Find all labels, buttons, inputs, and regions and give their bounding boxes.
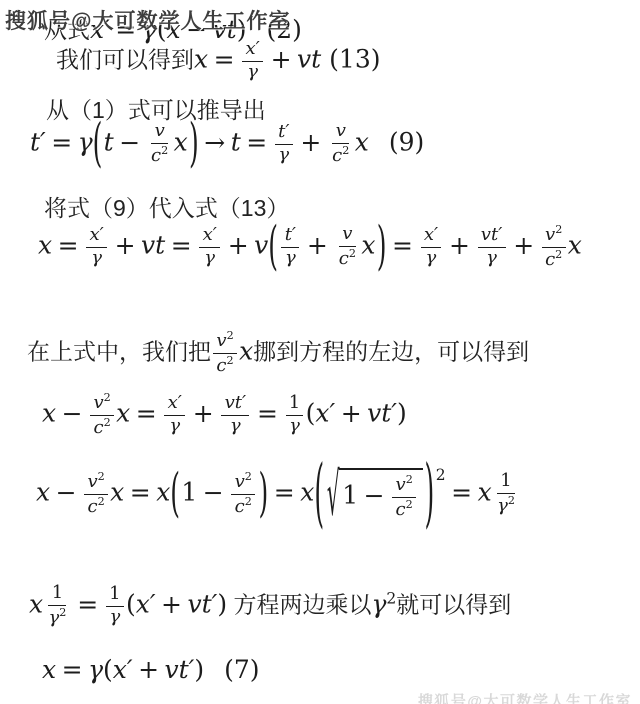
fraction-numerator: v2 xyxy=(90,392,114,416)
math-variable: v xyxy=(342,223,352,244)
math-variable: x′ xyxy=(315,399,335,428)
math-operator: = xyxy=(62,655,83,684)
math-roman: ) xyxy=(217,590,227,619)
fraction-denominator: γ xyxy=(483,248,500,269)
math-fraction: x′γ xyxy=(421,226,442,268)
math-variable: γ xyxy=(109,606,120,627)
math-superscript: 2 xyxy=(406,473,413,486)
math-operator: + xyxy=(161,590,182,619)
radicand: 1−v2c2 xyxy=(339,468,423,520)
math-fraction: v2c2 xyxy=(542,224,566,270)
fraction-numerator: t′ xyxy=(281,226,299,248)
watermark-top: 搜狐号@大可数学人生工作室 xyxy=(5,5,290,35)
fraction-numerator: vt′ xyxy=(221,394,249,416)
math-operator: = xyxy=(214,45,235,74)
math-variable: γ xyxy=(88,655,103,684)
fraction-numerator: vt′ xyxy=(478,226,506,248)
fraction-numerator: 1 xyxy=(497,472,515,494)
math-fraction: 1γ xyxy=(106,585,124,627)
math-superscript: 2 xyxy=(161,144,168,157)
math-variable: v xyxy=(155,120,165,141)
math-variable: γ xyxy=(247,61,258,82)
fraction-denominator: c2 xyxy=(148,144,172,167)
math-roman: 1 xyxy=(181,478,197,507)
fraction-denominator: γ xyxy=(244,62,261,83)
math-variable: x′ xyxy=(245,38,259,59)
math-fraction: vc2 xyxy=(148,122,172,166)
fraction-denominator: γ2 xyxy=(494,494,518,517)
math-variable: γ xyxy=(91,247,102,268)
math-variable: x′ xyxy=(113,655,133,684)
math-fraction: 1γ2 xyxy=(494,472,518,516)
formula-line-expansion: x=x′γ+vt=x′γ+v(t′γ+vc2x)=x′γ+vt′γ+v2c2x xyxy=(38,224,582,270)
fraction-numerator: 1 xyxy=(48,584,66,606)
math-superscript: 2 xyxy=(555,248,562,261)
math-variable: t′ xyxy=(30,128,46,157)
math-operator: = xyxy=(451,478,472,507)
math-variable: t xyxy=(104,128,114,157)
math-variable: γ xyxy=(426,247,437,268)
math-variable: γ xyxy=(289,415,300,436)
fraction-denominator: γ xyxy=(201,248,218,269)
math-superscript: 2 xyxy=(508,494,515,507)
paren-content: t−vc2x xyxy=(102,122,189,166)
fraction-numerator: x′ xyxy=(199,226,220,248)
close-paren: ) xyxy=(189,117,199,172)
math-variable: v xyxy=(336,120,346,141)
math-variable: c xyxy=(93,417,103,438)
text-run: 在上式中，我们把 xyxy=(27,339,211,365)
math-roman: 1 xyxy=(52,582,63,603)
math-fraction: vt′γ xyxy=(221,394,249,436)
text-run: 就可以得到 xyxy=(396,592,511,618)
text-run: 我们可以得到 xyxy=(56,47,194,73)
math-operator: = xyxy=(246,128,267,157)
text-run: 挪到方程的左边，可以得到 xyxy=(253,339,529,365)
text-run: 方程两边乘以 xyxy=(227,592,371,618)
fraction-denominator: γ xyxy=(88,248,105,269)
fraction-numerator: v xyxy=(339,225,356,247)
math-operator: = xyxy=(171,231,192,260)
math-superscript: 2 xyxy=(104,391,111,404)
math-sqrt: √1−v2c2 xyxy=(325,468,423,520)
fraction-numerator: v xyxy=(151,122,168,144)
math-roman: (13) xyxy=(321,45,380,74)
math-variable: x xyxy=(478,478,492,507)
math-paren-group: (1−v2c2) xyxy=(170,471,268,517)
math-fraction: v2c2 xyxy=(231,471,255,517)
math-operator: + xyxy=(193,399,214,428)
math-variable: c xyxy=(332,145,342,166)
math-variable: c xyxy=(87,496,97,517)
math-superscript: 2 xyxy=(406,498,413,511)
math-superscript: 2 xyxy=(104,416,111,429)
math-operator: + xyxy=(513,231,534,260)
math-variable: c xyxy=(151,145,161,166)
fraction-numerator: t′ xyxy=(275,123,293,145)
math-variable: x xyxy=(38,231,52,260)
math-variable: x xyxy=(110,478,124,507)
fraction-numerator: v2 xyxy=(84,471,108,495)
math-roman: ) xyxy=(194,655,204,684)
math-roman: 1 xyxy=(109,583,120,604)
math-superscript: 2 xyxy=(245,495,252,508)
fraction-numerator: 1 xyxy=(106,585,124,607)
math-variable: vt′ xyxy=(225,392,247,413)
fraction-denominator: γ xyxy=(282,248,299,269)
math-operator: + xyxy=(228,231,249,260)
math-operator: = xyxy=(51,128,72,157)
math-variable: x′ xyxy=(89,224,103,245)
math-fraction: t′γ xyxy=(281,226,299,268)
math-operator: → xyxy=(204,128,225,157)
formula-line-eq9: t′=γ(t−vc2x)→t=t′γ+vc2x(9) xyxy=(30,122,424,166)
math-variable: x′ xyxy=(136,590,156,619)
math-superscript: 2 xyxy=(342,144,349,157)
math-roman: 1 xyxy=(500,470,511,491)
formula-line-collected: x−v2c2x=x′γ+vt′γ=1γ(x′+vt′) xyxy=(42,392,407,438)
math-variable: v xyxy=(396,474,406,495)
math-variable: x xyxy=(194,45,208,74)
fraction-denominator: γ xyxy=(106,607,123,628)
fraction-numerator: x′ xyxy=(242,40,263,62)
math-fraction: v2c2 xyxy=(392,474,416,520)
math-variable: γ xyxy=(169,415,180,436)
paren-content: 1−v2c2 xyxy=(180,471,258,517)
math-variable: γ xyxy=(49,607,60,628)
fraction-denominator: γ xyxy=(286,416,303,437)
math-variable: vt′ xyxy=(165,655,195,684)
math-operator: = xyxy=(130,478,151,507)
math-fraction: x′γ xyxy=(199,226,220,268)
math-roman: ( xyxy=(103,655,113,684)
open-paren: ( xyxy=(314,455,324,534)
math-operator: + xyxy=(341,399,362,428)
math-variable: γ xyxy=(204,247,215,268)
math-roman: (7) xyxy=(224,655,259,684)
math-variable: x xyxy=(355,128,369,157)
math-variable: c xyxy=(339,248,349,269)
math-variable: c xyxy=(235,496,245,517)
math-variable: x′ xyxy=(203,224,217,245)
paren-content: t′γ+vc2x xyxy=(278,225,377,269)
formula-line-gamma-squared: x−v2c2x=x(1−v2c2)=x(√1−v2c2)2=x1γ2 xyxy=(36,468,520,520)
math-operator: = xyxy=(58,231,79,260)
formula-line-eq13: 我们可以得到x=x′γ+vt (13) xyxy=(56,40,380,82)
math-operator: + xyxy=(271,45,292,74)
math-superscript: 2 xyxy=(227,354,234,367)
math-variable: x xyxy=(174,128,188,157)
math-variable: γ xyxy=(497,495,508,516)
math-variable: v xyxy=(254,231,268,260)
math-superscript: 2 xyxy=(59,606,66,619)
math-variable: c xyxy=(216,355,226,376)
math-superscript: 2 xyxy=(227,329,234,342)
math-variable: γ xyxy=(78,128,93,157)
math-variable: v xyxy=(545,224,555,245)
math-operator: − xyxy=(119,128,140,157)
math-fraction: 1γ2 xyxy=(45,584,69,628)
open-paren: ( xyxy=(93,117,103,172)
fraction-denominator: γ2 xyxy=(45,606,69,629)
math-variable: vt′ xyxy=(367,399,397,428)
math-variable: vt′ xyxy=(481,224,503,245)
math-variable: v xyxy=(87,471,97,492)
math-operator: = xyxy=(274,478,295,507)
math-fraction: 1γ xyxy=(286,394,304,436)
math-variable: t′ xyxy=(285,224,296,245)
fraction-numerator: v2 xyxy=(392,474,416,498)
fraction-numerator: v2 xyxy=(213,330,237,354)
math-fraction: v2c2 xyxy=(84,471,108,517)
math-operator: − xyxy=(364,481,385,510)
math-variable: γ xyxy=(285,247,296,268)
fraction-denominator: c2 xyxy=(336,247,360,270)
math-variable: γ xyxy=(371,590,386,619)
fraction-numerator: x′ xyxy=(421,226,442,248)
fraction-denominator: γ xyxy=(275,145,292,166)
math-variable: c xyxy=(396,499,406,520)
math-operator: = xyxy=(257,399,278,428)
math-variable: x xyxy=(361,231,375,260)
document-page: 搜狐号@大可数学人生工作室 从式x′=γ(x−vt)(2) 我们可以得到x=x′… xyxy=(0,0,640,704)
math-variable: x′ xyxy=(168,392,182,413)
close-paren: ) xyxy=(258,467,268,522)
math-roman: ( xyxy=(126,590,136,619)
math-operator: + xyxy=(115,231,136,260)
math-paren-group: (t′γ+vc2x) xyxy=(268,225,386,269)
math-variable: vt xyxy=(141,231,165,260)
text-line-move-term: 在上式中，我们把v2c2x挪到方程的左边，可以得到 xyxy=(27,330,529,376)
math-variable: γ xyxy=(486,247,497,268)
formula-line-eq7: x=γ(x′+vt′)(7) xyxy=(42,655,260,684)
math-variable: x′ xyxy=(424,224,438,245)
math-variable: x xyxy=(29,590,43,619)
fraction-numerator: x′ xyxy=(86,226,107,248)
math-variable: t′ xyxy=(278,121,289,142)
fraction-numerator: x′ xyxy=(164,394,185,416)
math-operator: + xyxy=(307,231,328,260)
math-operator: + xyxy=(138,655,159,684)
math-fraction: vc2 xyxy=(336,225,360,269)
math-roman: 1 xyxy=(342,481,358,510)
math-variable: v xyxy=(216,330,226,351)
math-fraction: x′γ xyxy=(86,226,107,268)
fraction-denominator: c2 xyxy=(329,144,353,167)
math-fraction: v2c2 xyxy=(213,330,237,376)
math-variable: v xyxy=(235,471,245,492)
math-paren-group: (t−vc2x) xyxy=(93,122,199,166)
math-superscript: 2 xyxy=(386,589,396,607)
math-fraction: v2c2 xyxy=(90,392,114,438)
paren-content: √1−v2c2 xyxy=(324,468,424,520)
math-superscript: 2 xyxy=(349,247,356,260)
math-superscript: 2 xyxy=(555,223,562,236)
math-variable: t xyxy=(231,128,241,157)
text-run: 将式（9）代入式（13） xyxy=(44,195,289,221)
math-variable: vt′ xyxy=(187,590,217,619)
fraction-denominator: γ xyxy=(227,416,244,437)
math-variable: x xyxy=(300,478,314,507)
math-fraction: x′γ xyxy=(164,394,185,436)
math-variable: x xyxy=(116,399,130,428)
math-variable: c xyxy=(545,249,555,270)
math-fraction: vc2 xyxy=(329,122,353,166)
close-paren: ) xyxy=(424,455,434,534)
fraction-denominator: c2 xyxy=(90,416,114,439)
math-fraction: x′γ xyxy=(242,40,263,82)
math-variable: γ xyxy=(230,415,241,436)
math-variable: x xyxy=(156,478,170,507)
math-roman: ) xyxy=(397,399,407,428)
math-operator: − xyxy=(62,399,83,428)
math-variable: x xyxy=(36,478,50,507)
open-paren: ( xyxy=(268,220,278,275)
math-operator: + xyxy=(449,231,470,260)
math-variable: x xyxy=(239,337,253,366)
fraction-denominator: c2 xyxy=(231,495,255,518)
math-operator: = xyxy=(392,231,413,260)
math-variable: x xyxy=(42,399,56,428)
math-variable: vt xyxy=(297,45,321,74)
math-roman: (9) xyxy=(389,128,424,157)
fraction-numerator: v xyxy=(332,122,349,144)
fraction-numerator: v2 xyxy=(542,224,566,248)
math-operator: = xyxy=(136,399,157,428)
math-roman: ( xyxy=(306,399,316,428)
fraction-denominator: c2 xyxy=(84,495,108,518)
math-fraction: t′γ xyxy=(275,123,293,165)
math-variable: v xyxy=(93,392,103,413)
fraction-denominator: γ xyxy=(166,416,183,437)
math-operator: = xyxy=(77,590,98,619)
math-superscript: 2 xyxy=(98,470,105,483)
math-variable: x xyxy=(42,655,56,684)
math-operator: − xyxy=(203,478,224,507)
open-paren: ( xyxy=(170,467,180,522)
formula-line-multiply: x1γ2=1γ(x′+vt′) 方程两边乘以γ2就可以得到 xyxy=(29,584,511,628)
paren-exponent: 2 xyxy=(436,468,446,484)
math-operator: + xyxy=(300,128,321,157)
math-fraction: vt′γ xyxy=(478,226,506,268)
fraction-denominator: c2 xyxy=(392,498,416,521)
radical-sign: √ xyxy=(327,465,340,524)
fraction-denominator: c2 xyxy=(213,354,237,377)
math-superscript: 2 xyxy=(98,495,105,508)
fraction-numerator: 1 xyxy=(286,394,304,416)
math-superscript: 2 xyxy=(245,470,252,483)
math-roman: 1 xyxy=(289,392,300,413)
fraction-denominator: c2 xyxy=(542,248,566,271)
text-line-substitute: 将式（9）代入式（13） xyxy=(44,190,289,223)
close-paren: ) xyxy=(377,220,387,275)
math-paren-group: (√1−v2c2)2 xyxy=(314,468,445,520)
watermark-bottom: 搜狐号@大可数学人生工作室 xyxy=(418,690,632,704)
fraction-numerator: v2 xyxy=(231,471,255,495)
math-variable: γ xyxy=(278,144,289,165)
math-operator: − xyxy=(56,478,77,507)
math-variable: x xyxy=(568,231,582,260)
fraction-denominator: γ xyxy=(422,248,439,269)
